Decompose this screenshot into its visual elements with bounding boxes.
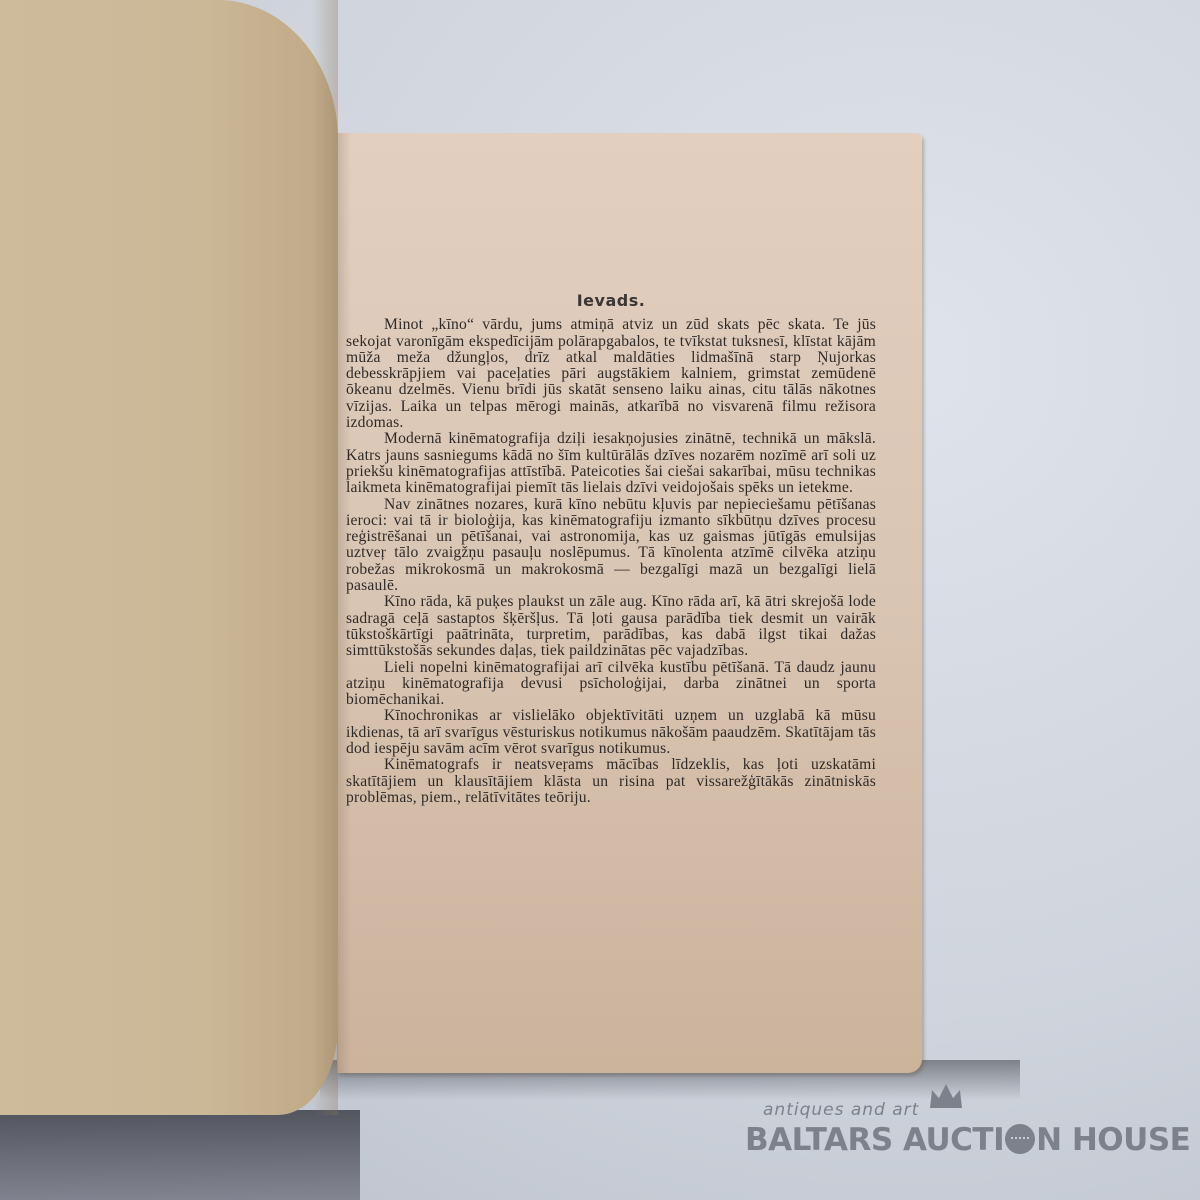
- paragraph: Minot „kīno“ vārdu, jums atmiņā atviz un…: [346, 317, 876, 431]
- paragraph: Kinēmatografs ir neatsveŗams mācības līd…: [346, 757, 876, 806]
- paragraph: Kīnochronikas ar vislielāko objektīvitāt…: [346, 708, 876, 757]
- table-shadow-left: [0, 1110, 360, 1200]
- watermark-logo: antiques and art BALTARS AUCTIN HOUSE: [745, 1100, 1165, 1180]
- page-heading: Ievads.: [346, 293, 876, 309]
- paragraph: Nav zinātnes nozares, kurā kīno nebūtu k…: [346, 497, 876, 595]
- globe-o-icon: [1005, 1124, 1035, 1154]
- crown-icon: [928, 1082, 964, 1110]
- paragraph: Kīno rāda, kā puķes plaukst un zāle aug.…: [346, 594, 876, 659]
- watermark-tagline: antiques and art: [763, 1100, 919, 1120]
- paragraph: Modernā kinēmatografija dziļi iesakņojus…: [346, 431, 876, 496]
- paragraph: Lieli nopelni kinēmatografijai arī cilvē…: [346, 660, 876, 709]
- page-text: Ievads. Minot „kīno“ vārdu, jums atmiņā …: [346, 293, 876, 806]
- watermark-name: BALTARS AUCTIN HOUSE: [745, 1122, 1190, 1158]
- left-page-curled: [0, 0, 338, 1115]
